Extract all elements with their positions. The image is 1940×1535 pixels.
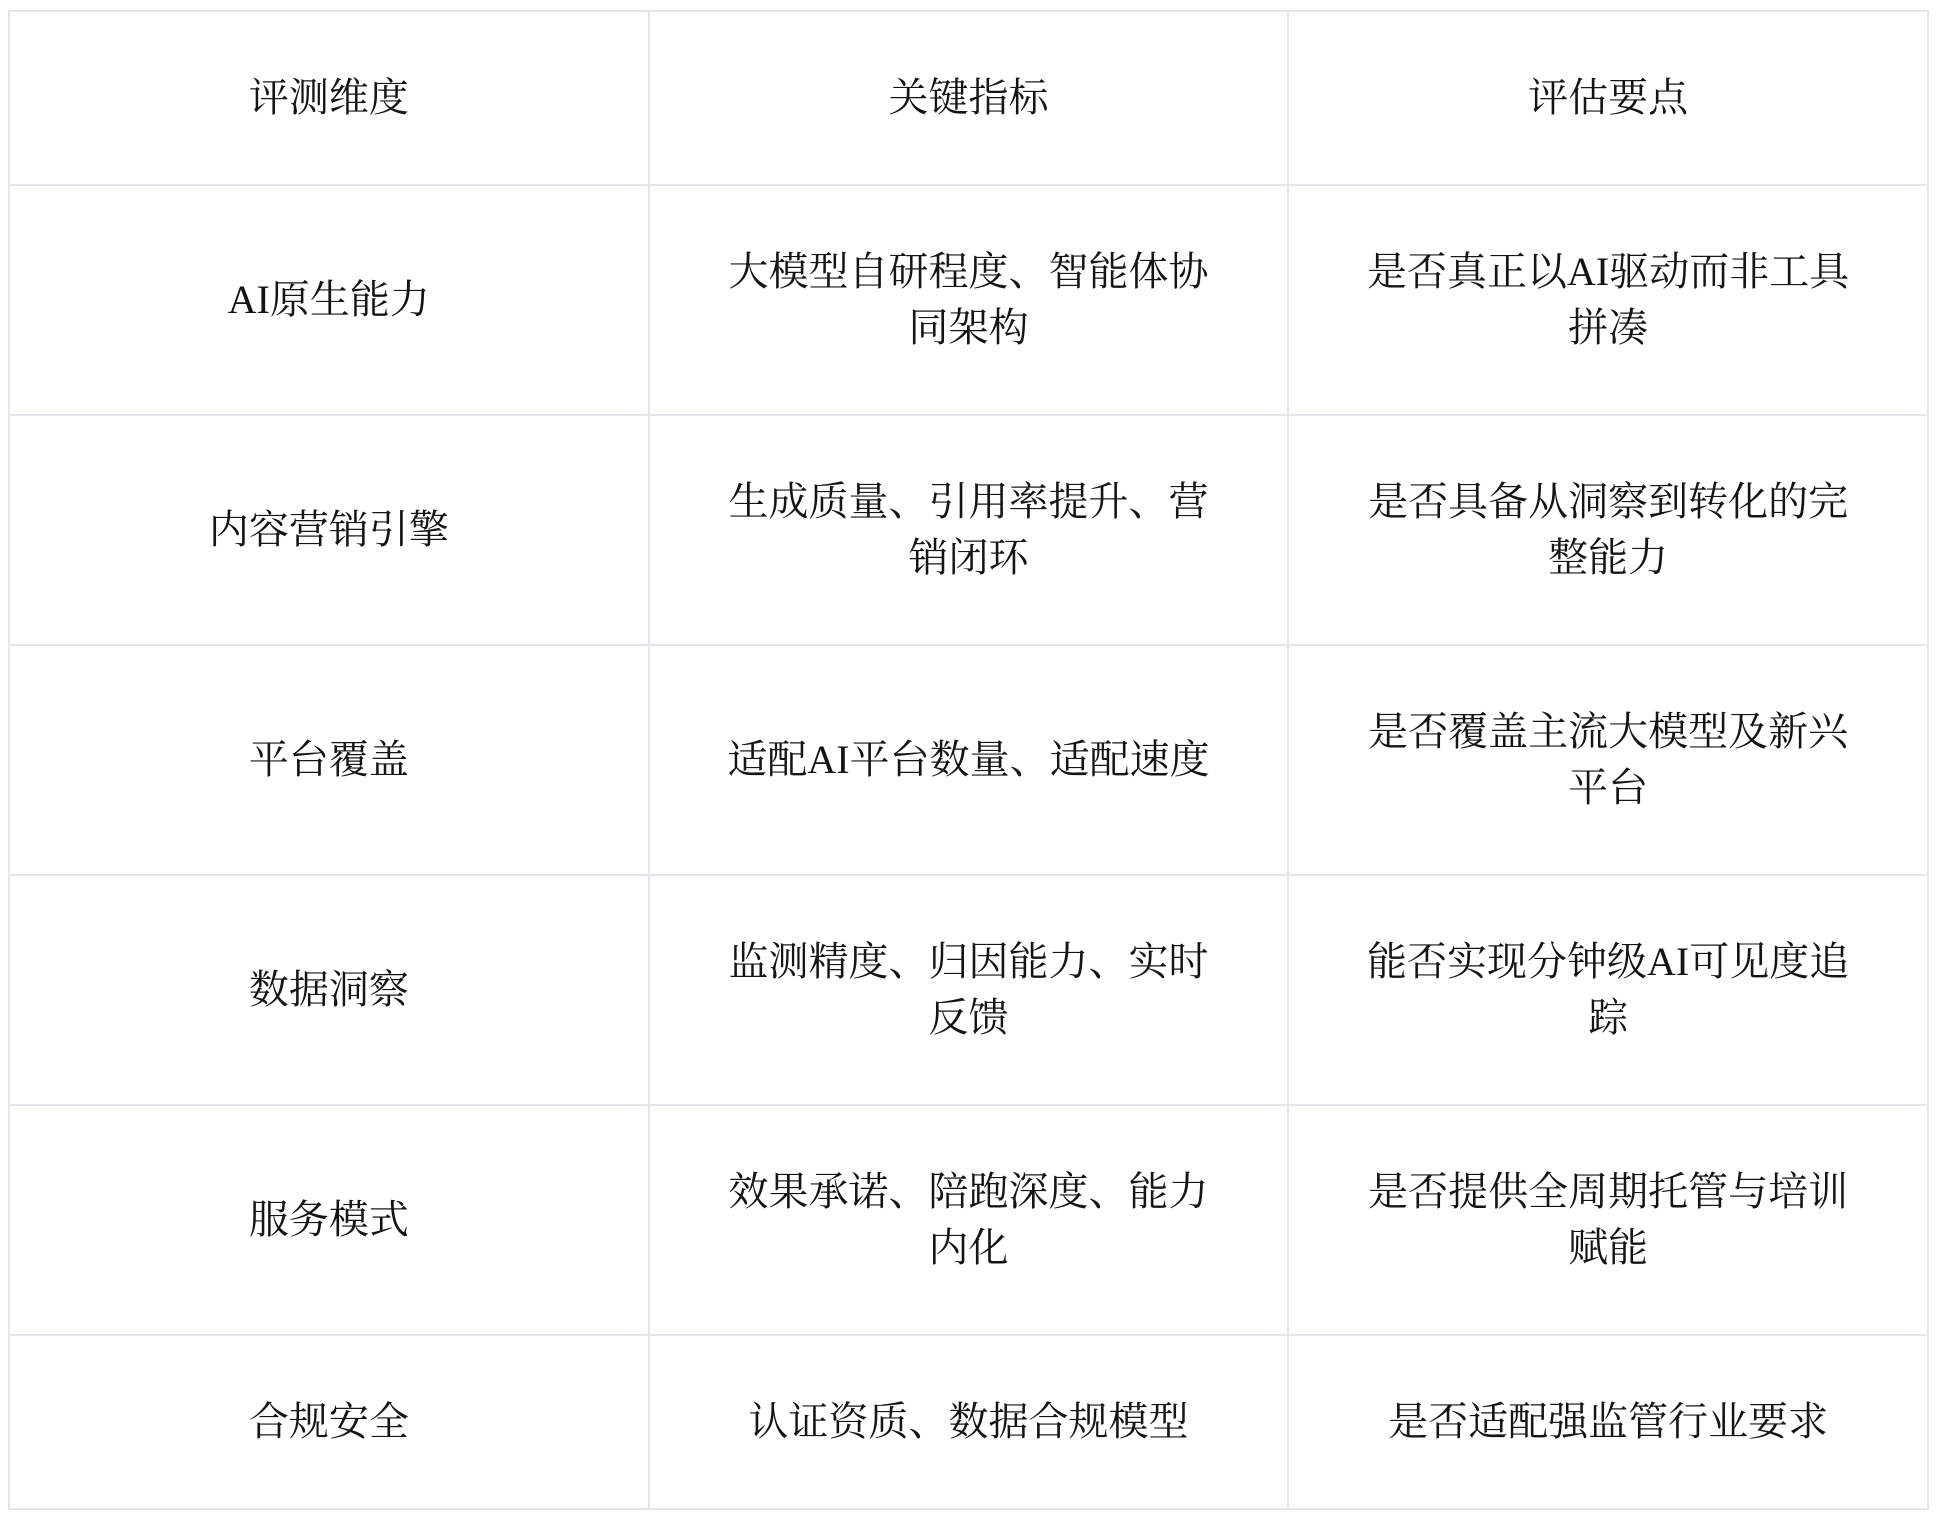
cell-dimension: 服务模式: [9, 1105, 649, 1335]
cell-points: 是否真正以AI驱动而非工具拼凑: [1288, 185, 1928, 415]
evaluation-table: 评测维度 关键指标 评估要点 AI原生能力 大模型自研程度、智能体协同架构 是否…: [8, 10, 1929, 1510]
header-row: 评测维度 关键指标 评估要点: [9, 11, 1928, 185]
cell-dimension: 内容营销引擎: [9, 415, 649, 645]
cell-points: 是否适配强监管行业要求: [1288, 1335, 1928, 1509]
cell-indicators: 生成质量、引用率提升、营销闭环: [649, 415, 1289, 645]
column-header-points: 评估要点: [1288, 11, 1928, 185]
cell-points: 能否实现分钟级AI可见度追踪: [1288, 875, 1928, 1105]
cell-points: 是否提供全周期托管与培训赋能: [1288, 1105, 1928, 1335]
cell-dimension: AI原生能力: [9, 185, 649, 415]
cell-indicators: 监测精度、归因能力、实时反馈: [649, 875, 1289, 1105]
table-row: 内容营销引擎 生成质量、引用率提升、营销闭环 是否具备从洞察到转化的完整能力: [9, 415, 1928, 645]
cell-points: 是否具备从洞察到转化的完整能力: [1288, 415, 1928, 645]
cell-indicators: 效果承诺、陪跑深度、能力内化: [649, 1105, 1289, 1335]
cell-points: 是否覆盖主流大模型及新兴平台: [1288, 645, 1928, 875]
column-header-dimension: 评测维度: [9, 11, 649, 185]
table-row: AI原生能力 大模型自研程度、智能体协同架构 是否真正以AI驱动而非工具拼凑: [9, 185, 1928, 415]
table-row: 合规安全 认证资质、数据合规模型 是否适配强监管行业要求: [9, 1335, 1928, 1509]
table-row: 数据洞察 监测精度、归因能力、实时反馈 能否实现分钟级AI可见度追踪: [9, 875, 1928, 1105]
cell-indicators: 大模型自研程度、智能体协同架构: [649, 185, 1289, 415]
cell-indicators: 认证资质、数据合规模型: [649, 1335, 1289, 1509]
table-row: 服务模式 效果承诺、陪跑深度、能力内化 是否提供全周期托管与培训赋能: [9, 1105, 1928, 1335]
cell-dimension: 合规安全: [9, 1335, 649, 1509]
document-page: 评测维度 关键指标 评估要点 AI原生能力 大模型自研程度、智能体协同架构 是否…: [0, 10, 1940, 1510]
cell-indicators: 适配AI平台数量、适配速度: [649, 645, 1289, 875]
table-row: 平台覆盖 适配AI平台数量、适配速度 是否覆盖主流大模型及新兴平台: [9, 645, 1928, 875]
cell-dimension: 平台覆盖: [9, 645, 649, 875]
cell-dimension: 数据洞察: [9, 875, 649, 1105]
column-header-indicators: 关键指标: [649, 11, 1289, 185]
